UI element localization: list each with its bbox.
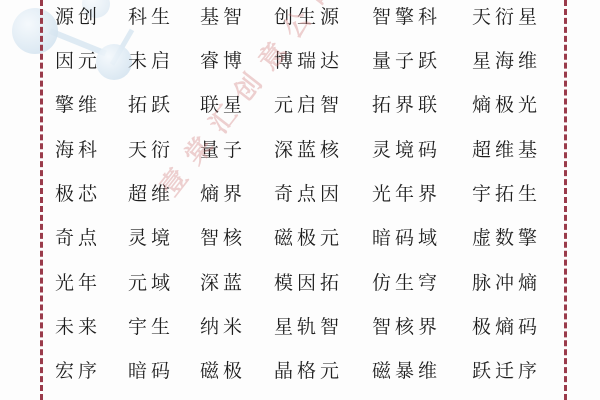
name-item: 纳米 [200, 313, 246, 341]
name-row: 源创 科生 基智 创生源 智擎科 天衍星 [55, 3, 555, 31]
name-item: 光年 [55, 269, 101, 297]
name-item: 博瑞达 [274, 47, 343, 75]
name-item: 暗码域 [372, 224, 441, 252]
name-item: 拓跃 [128, 91, 174, 119]
name-row: 奇点 灵境 智核 磁极元 暗码域 虚数擎 [55, 224, 555, 252]
name-item: 跃迁序 [472, 357, 541, 385]
name-row: 未来 宇生 纳米 星轨智 智核界 极熵码 [55, 313, 555, 341]
name-row: 光年 元域 深蓝 模因拓 仿生穹 脉冲熵 [55, 269, 555, 297]
name-item: 晶格元 [274, 357, 343, 385]
name-item: 智核 [200, 224, 246, 252]
name-item: 宇拓生 [472, 180, 541, 208]
name-item: 虚数擎 [472, 224, 541, 252]
name-row: 海科 天衍 量子 深蓝核 灵境码 超维基 [55, 136, 555, 164]
name-item: 天衍 [128, 136, 174, 164]
name-row: 因元 未启 睿博 博瑞达 量子跃 星海维 [55, 47, 555, 75]
name-item: 磁极元 [274, 224, 343, 252]
name-row: 极芯 超维 熵界 奇点因 光年界 宇拓生 [55, 180, 555, 208]
name-item: 超维 [128, 180, 174, 208]
name-item: 联星 [200, 91, 246, 119]
name-item: 量子 [200, 136, 246, 164]
name-item: 擎维 [55, 91, 101, 119]
name-item: 磁暴维 [372, 357, 441, 385]
company-name-grid: 源创 科生 基智 创生源 智擎科 天衍星 因元 未启 睿博 博瑞达 量子跃 星海… [55, 0, 555, 400]
name-item: 星轨智 [274, 313, 343, 341]
name-item: 天衍星 [472, 3, 541, 31]
name-row: 宏序 暗码 磁极 晶格元 磁暴维 跃迁序 [55, 357, 555, 385]
name-item: 熵界 [200, 180, 246, 208]
name-item: 仿生穹 [372, 269, 441, 297]
name-item: 深蓝核 [274, 136, 343, 164]
name-item: 模因拓 [274, 269, 343, 297]
name-item: 奇点 [55, 224, 101, 252]
name-item: 星海维 [472, 47, 541, 75]
molecule-sphere-icon [12, 8, 58, 54]
name-item: 量子跃 [372, 47, 441, 75]
name-item: 光年界 [372, 180, 441, 208]
name-item: 科生 [128, 3, 174, 31]
name-item: 超维基 [472, 136, 541, 164]
name-item: 基智 [200, 3, 246, 31]
name-item: 磁极 [200, 357, 246, 385]
name-item: 极熵码 [472, 313, 541, 341]
left-dashed-border [40, 0, 43, 400]
name-item: 宇生 [128, 313, 174, 341]
name-item: 深蓝 [200, 269, 246, 297]
name-item: 宏序 [55, 357, 101, 385]
name-item: 智核界 [372, 313, 441, 341]
name-item: 灵境码 [372, 136, 441, 164]
name-item: 源创 [55, 3, 101, 31]
name-item: 奇点因 [274, 180, 343, 208]
name-item: 脉冲熵 [472, 269, 541, 297]
name-item: 创生源 [274, 3, 343, 31]
name-item: 未来 [55, 313, 101, 341]
name-item: 因元 [55, 47, 101, 75]
name-item: 智擎科 [372, 3, 441, 31]
name-item: 灵境 [128, 224, 174, 252]
name-item: 元启智 [274, 91, 343, 119]
name-item: 元域 [128, 269, 174, 297]
name-list-page: 源创 科生 基智 创生源 智擎科 天衍星 因元 未启 睿博 博瑞达 量子跃 星海… [0, 0, 600, 400]
name-item: 暗码 [128, 357, 174, 385]
right-dashed-border [564, 0, 567, 400]
name-item: 未启 [128, 47, 174, 75]
name-item: 熵极光 [472, 91, 541, 119]
name-item: 海科 [55, 136, 101, 164]
name-item: 拓界联 [372, 91, 441, 119]
name-item: 极芯 [55, 180, 101, 208]
name-row: 擎维 拓跃 联星 元启智 拓界联 熵极光 [55, 91, 555, 119]
name-item: 睿博 [200, 47, 246, 75]
